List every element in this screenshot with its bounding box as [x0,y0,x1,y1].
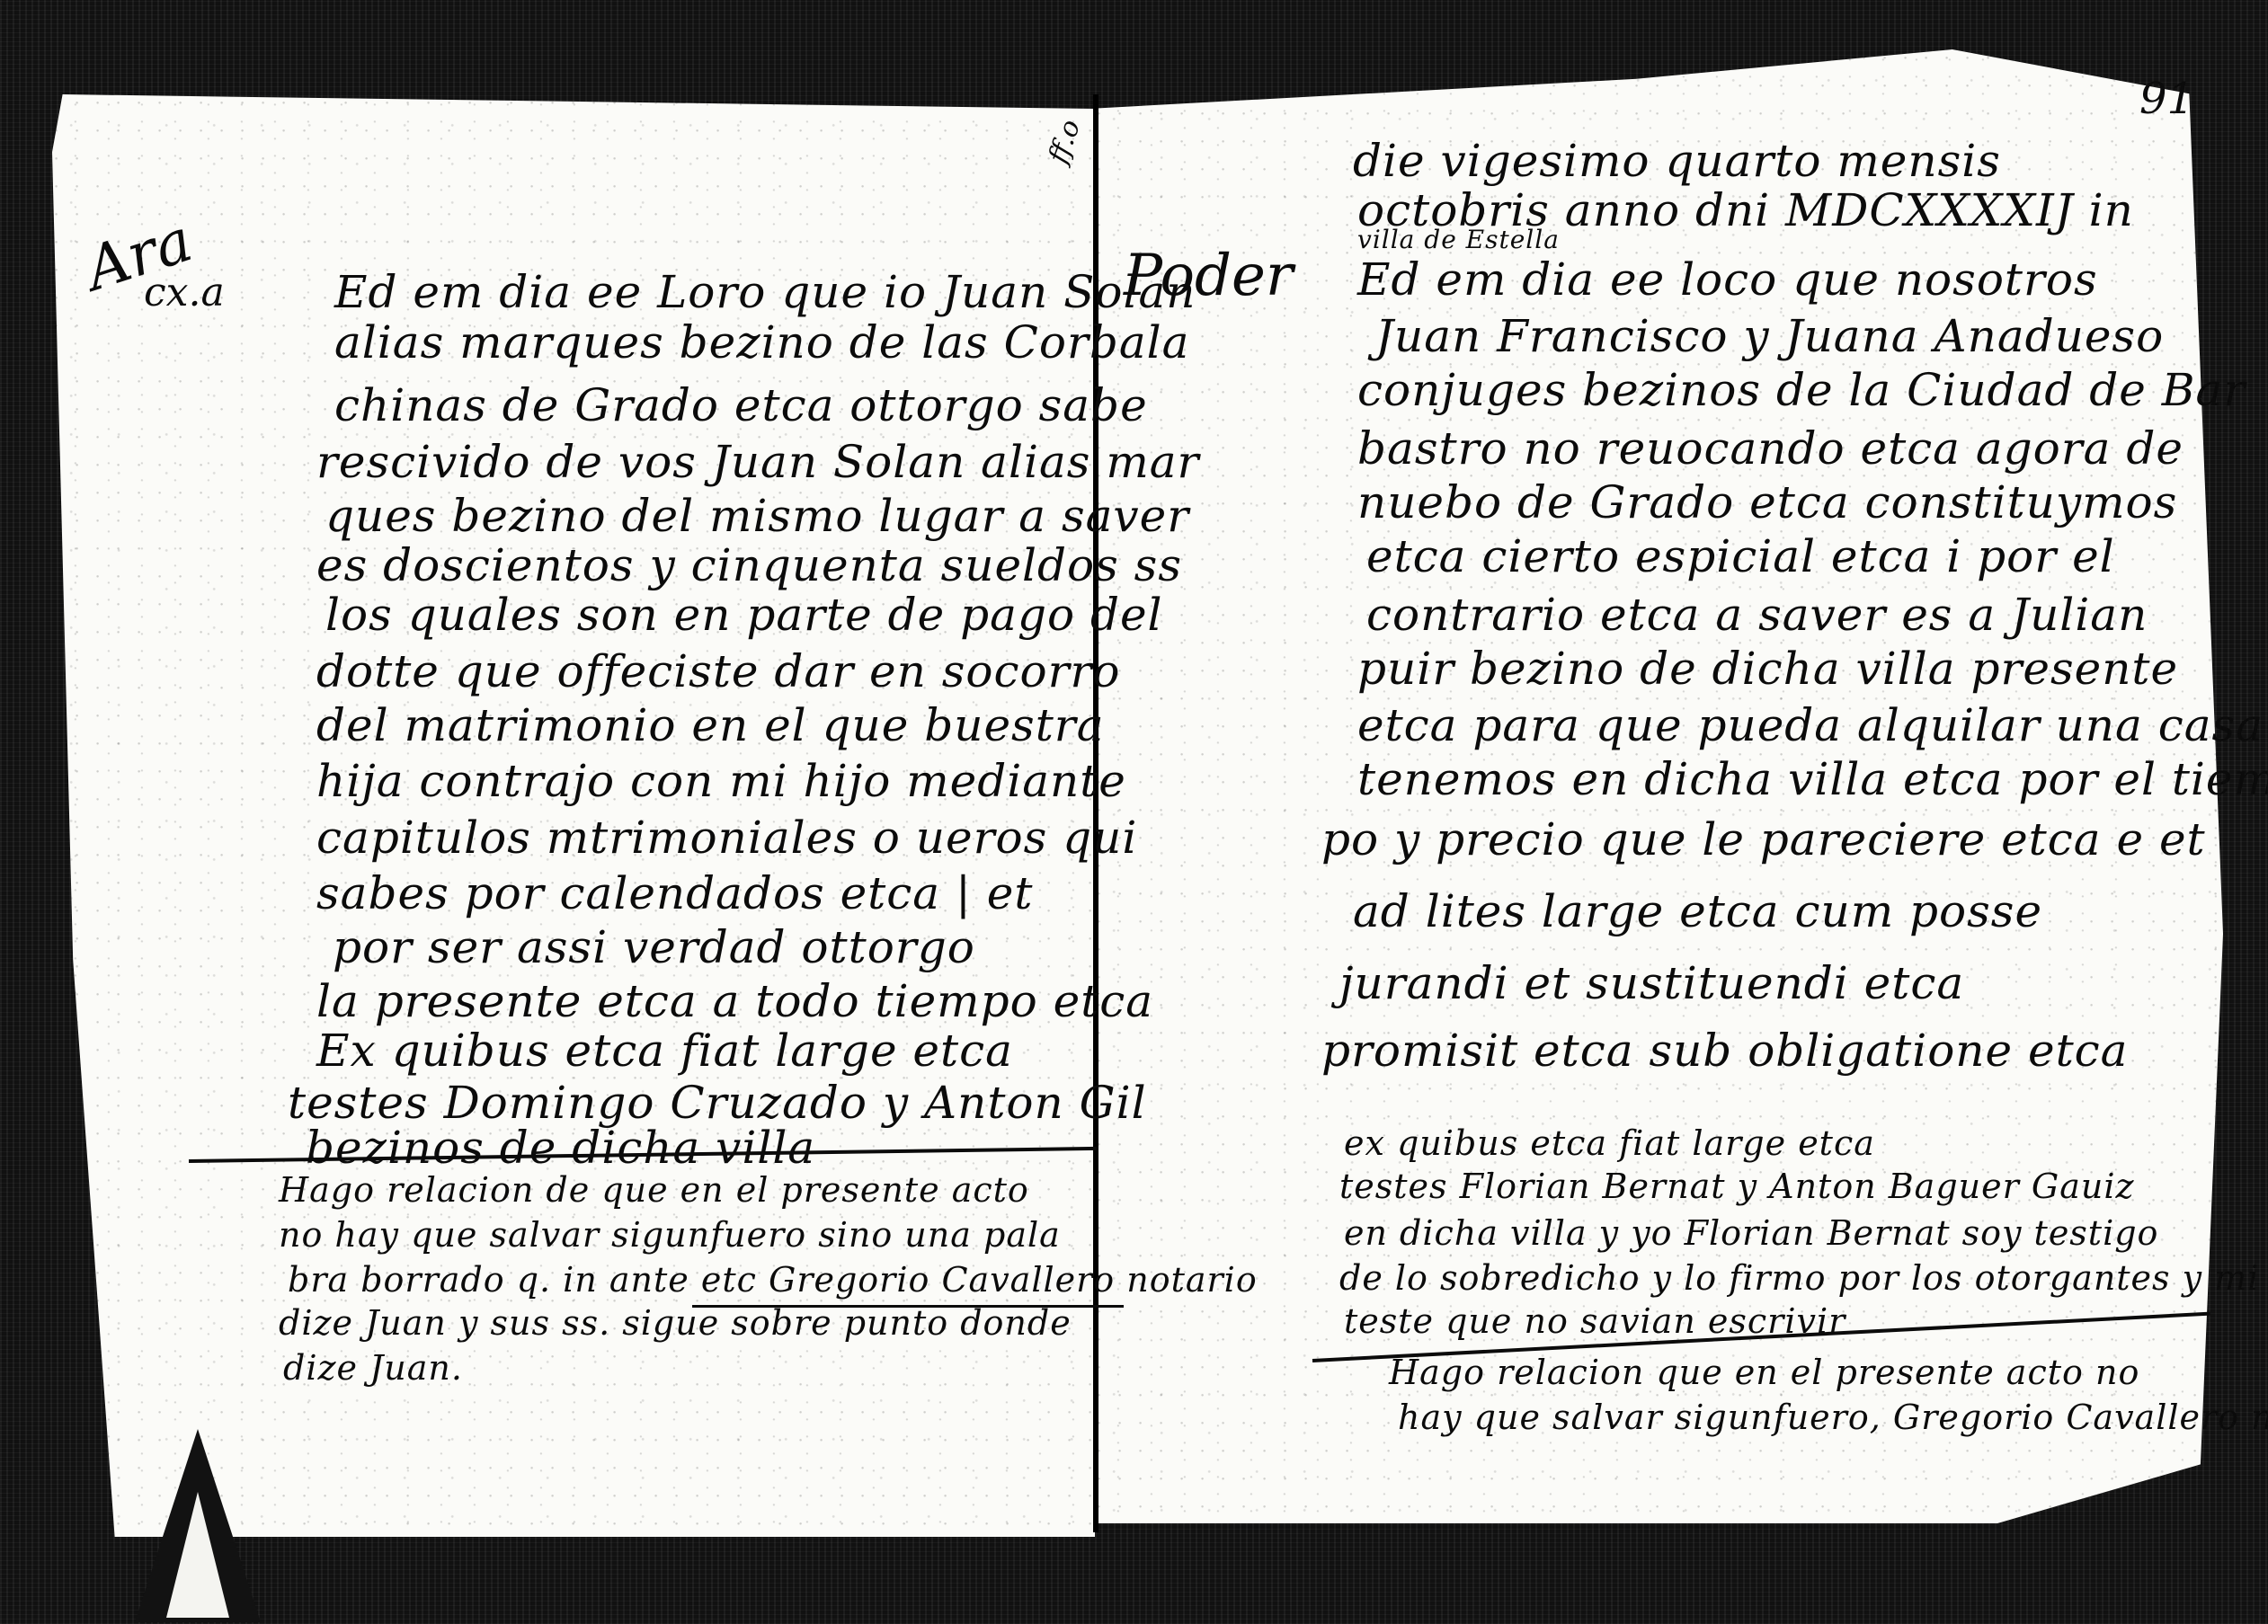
text-line: Ex quibus etca fiat large etca [316,1025,1013,1077]
text-line: del matrimonio en el que buestra [316,699,1105,751]
text-line: de lo sobredicho y lo firmo por los otor… [1339,1258,2268,1298]
text-line: contrario etca a saver es a Julian [1366,589,2148,641]
text-line: por ser assi verdad ottorgo [333,921,975,973]
text-line: conjuges bezinos de la Ciudad de Bar [1357,364,2246,416]
text-line: etca cierto espicial etca i por el [1366,530,2115,582]
text-line: die vigesimo quarto mensis [1353,135,2001,187]
text-line: villa de Estella [1357,225,1560,254]
text-line: promisit etca sub obligatione etca [1321,1025,2128,1077]
text-line: puir bezino de dicha villa presente [1357,643,2178,695]
text-line: Hago relacion de que en el presente acto [279,1170,1029,1210]
text-line: jurandi et sustituendi etca [1339,957,1964,1009]
text-line: rescivido de vos Juan Solan alias mar [316,436,1199,488]
text-line: hija contrajo con mi hijo mediante [316,755,1126,807]
right-margin-note: Poder [1124,243,1293,309]
text-line: ex quibus etca fiat large etca [1344,1123,1875,1163]
text-line: bezinos de dicha villa [306,1122,815,1174]
text-line: alias marques bezino de las Corbala [334,316,1189,368]
text-line: sabes por calendados etca | et [316,867,1033,919]
text-line: es doscientos y cinquenta sueldos ss [316,539,1182,591]
text-line: bra borrado q. in ante etc Gregorio Cava… [288,1260,1258,1300]
text-line: Ed em dia ee Loro que io Juan Solan [334,266,1196,318]
text-line: dotte que offeciste dar en socorro [316,645,1120,697]
binding-tab-gap [166,1492,229,1618]
text-line: chinas de Grado etca ottorgo sabe [334,379,1148,431]
text-line: etca para que pueda alquilar una casa [1357,699,2264,751]
left-margin-note-sub: cx.a [144,270,225,315]
text-line: Hago relacion que en el presente acto no [1389,1353,2139,1392]
text-line: testes Florian Bernat y Anton Baguer Gau… [1339,1167,2135,1206]
text-line: bastro no reuocando etca agora de [1357,422,2184,475]
text-line: Ed em dia ee loco que nosotros [1357,253,2098,306]
text-line: Juan Francisco y Juana Anadueso [1375,310,2164,362]
signature-underline [692,1305,1124,1308]
text-line: capitulos mtrimoniales o ueros qui [316,812,1137,864]
folio-number: 91 [2139,74,2194,124]
text-line: dize Juan y sus ss. sigue sobre punto do… [279,1303,1072,1343]
text-line: en dicha villa y yo Florian Bernat soy t… [1344,1213,2158,1253]
text-line: no hay que salvar sigunfuero sino una pa… [279,1215,1061,1255]
text-line: dize Juan. [283,1348,463,1388]
text-line: la presente etca a todo tiempo etca [316,975,1153,1027]
text-line: nuebo de Grado etca constituymos [1357,476,2177,528]
text-line: tenemos en dicha villa etca por el tiem [1357,753,2268,805]
text-line: los quales son en parte de pago del [325,589,1163,641]
text-line: ques bezino del mismo lugar a saver [325,490,1189,542]
text-line: po y precio que le pareciere etca e et [1321,813,2206,865]
text-line: ad lites large etca cum posse [1353,885,2042,937]
text-line: hay que salvar sigunfuero, Gregorio Cava… [1398,1398,2268,1437]
